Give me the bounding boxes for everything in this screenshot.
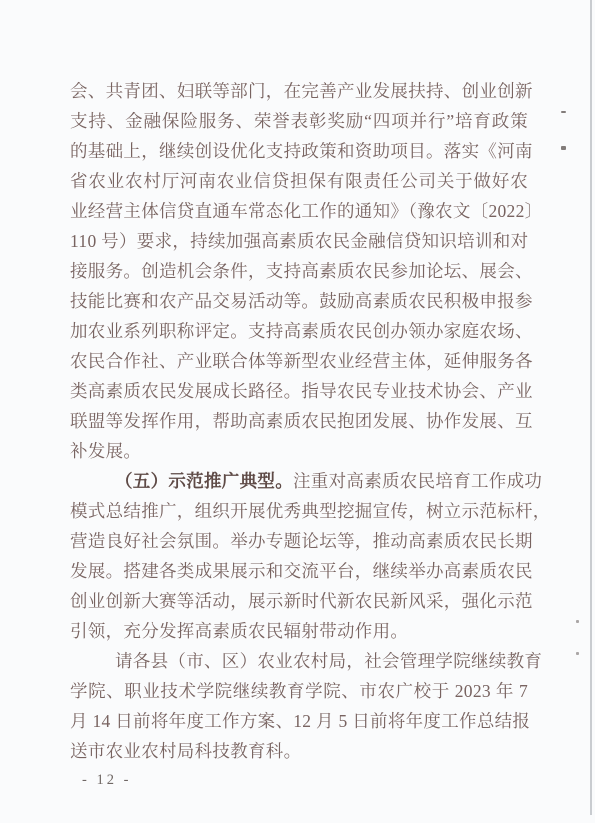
line-text: 注重对高素质农民培育工作成功 bbox=[293, 471, 542, 491]
text-line: 会、共青团、妇联等部门，在完善产业发展扶持、创业创新 bbox=[70, 76, 528, 106]
text-line: 创业创新大赛等活动，展示新时代新农民新风采，强化示范 bbox=[70, 586, 528, 616]
text-line: 模式总结推广，组织开展优秀典型挖掘宣传，树立示范标杆， bbox=[70, 496, 528, 526]
text-line: 补发展。 bbox=[70, 436, 528, 466]
text-line: 的基础上，继续创设优化支持政策和资助项目。落实《河南 bbox=[70, 136, 528, 166]
document-body: 会、共青团、妇联等部门，在完善产业发展扶持、创业创新支持、金融保险服务、荣誉表彰… bbox=[70, 76, 528, 766]
text-line: 引领，充分发挥高素质农民辐射带动作用。 bbox=[70, 616, 528, 646]
scan-mark bbox=[561, 111, 566, 113]
text-line: 请各县（市、区）农业农村局，社会管理学院继续教育 bbox=[70, 646, 528, 676]
text-line: 省农业农村厅河南农业信贷担保有限责任公司关于做好农 bbox=[70, 166, 528, 196]
document-page: 会、共青团、妇联等部门，在完善产业发展扶持、创业创新支持、金融保险服务、荣誉表彰… bbox=[0, 0, 595, 823]
text-line: 业经营主体信贷直通车常态化工作的通知》（豫农文〔2022〕 bbox=[70, 196, 528, 226]
scan-mark bbox=[576, 620, 579, 623]
scan-mark bbox=[561, 146, 566, 150]
text-line: 送市农业农村局科技教育科。 bbox=[70, 736, 528, 766]
text-line: 加农业系列职称评定。支持高素质农民创办领办家庭农场、 bbox=[70, 316, 528, 346]
text-line: 技能比赛和农产品交易活动等。鼓励高素质农民积极申报参 bbox=[70, 286, 528, 316]
text-line: 农民合作社、产业联合体等新型农业经营主体，延伸服务各 bbox=[70, 346, 528, 376]
scan-mark bbox=[576, 652, 579, 655]
text-line: （五）示范推广典型。注重对高素质农民培育工作成功 bbox=[70, 466, 528, 496]
page-edge-shadow bbox=[590, 0, 592, 815]
text-line: 接服务。创造机会条件，支持高素质农民参加论坛、展会、 bbox=[70, 256, 528, 286]
text-line: 发展。搭建各类成果展示和交流平台，继续举办高素质农民 bbox=[70, 556, 528, 586]
text-line: 营造良好社会氛围。举办专题论坛等，推动高素质农民长期 bbox=[70, 526, 528, 556]
text-line: 学院、职业技术学院继续教育学院、市农广校于 2023 年 7 bbox=[70, 676, 528, 706]
section-heading: （五）示范推广典型。 bbox=[115, 471, 293, 491]
text-line: 联盟等发挥作用，帮助高素质农民抱团发展、协作发展、互 bbox=[70, 406, 528, 436]
text-line: 110 号）要求，持续加强高素质农民金融信贷知识培训和对 bbox=[70, 226, 528, 256]
page-number: - 12 - bbox=[82, 770, 131, 790]
text-line: 支持、金融保险服务、荣誉表彰奖励“四项并行”培育政策 bbox=[70, 106, 528, 136]
text-line: 月 14 日前将年度工作方案、12 月 5 日前将年度工作总结报 bbox=[70, 706, 528, 736]
text-line: 类高素质农民发展成长路径。指导农民专业技术协会、产业 bbox=[70, 376, 528, 406]
